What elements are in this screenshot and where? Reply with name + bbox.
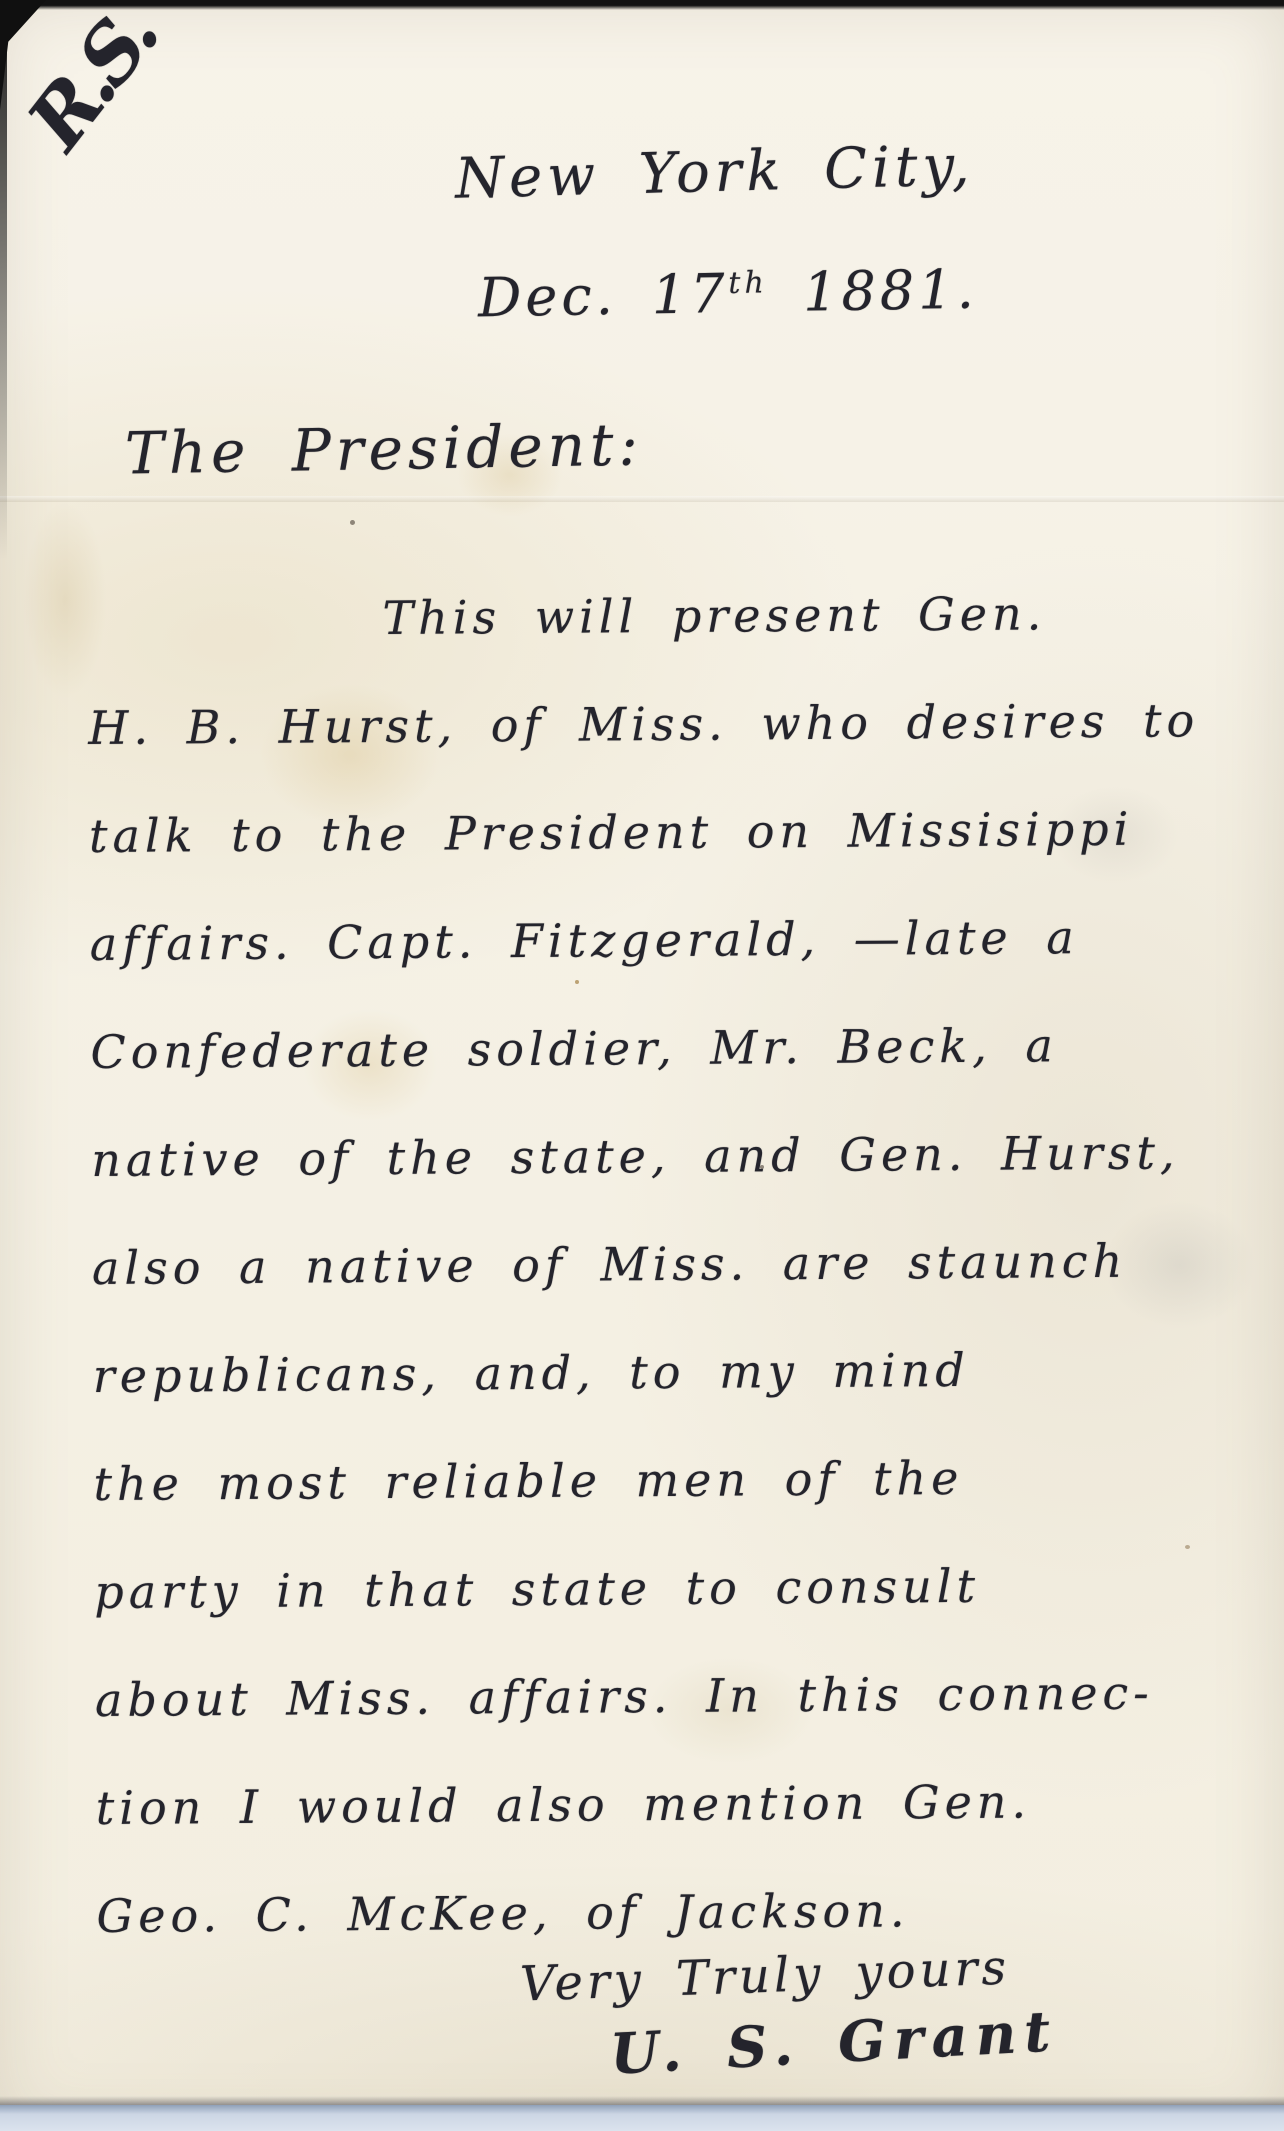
date-prefix: Dec. 17 [477, 262, 729, 329]
body-line: native of the state, and Gen. Hurst, [91, 1098, 1242, 1214]
salutation: The President: [124, 410, 643, 487]
body-line: Confederate soldier, Mr. Beck, a [90, 990, 1241, 1106]
letter-body: This will present Gen. H. B. Hurst, of M… [87, 558, 1247, 1970]
letter-scan: R.S. New York City, Dec. 17th 1881. The … [0, 0, 1284, 2131]
body-line: party in that state to consult [94, 1530, 1245, 1646]
date-suffix: 1881. [767, 258, 978, 325]
ink-speck [350, 520, 355, 525]
body-line: This will present Gen. [87, 558, 1238, 674]
body-line: republicans, and, to my mind [92, 1314, 1243, 1430]
fold-crease [0, 496, 1284, 502]
body-line: tion I would also mention Gen. [95, 1746, 1246, 1862]
body-line: H. B. Hurst, of Miss. who desires to [88, 666, 1239, 782]
scan-edge-top [0, 0, 1284, 10]
scan-bottom-strip [0, 2105, 1284, 2131]
place-line: New York City, [454, 133, 975, 212]
body-line: about Miss. affairs. In this connec- [95, 1638, 1246, 1754]
body-line: talk to the President on Missisippi [89, 774, 1240, 890]
body-line: the most reliable men of the [93, 1422, 1244, 1538]
body-line: also a native of Miss. are staunch [92, 1206, 1243, 1322]
date-superscript: th [728, 265, 768, 301]
date-line: Dec. 17th 1881. [477, 258, 978, 330]
body-line: affairs. Capt. Fitzgerald, —late a [89, 882, 1240, 998]
